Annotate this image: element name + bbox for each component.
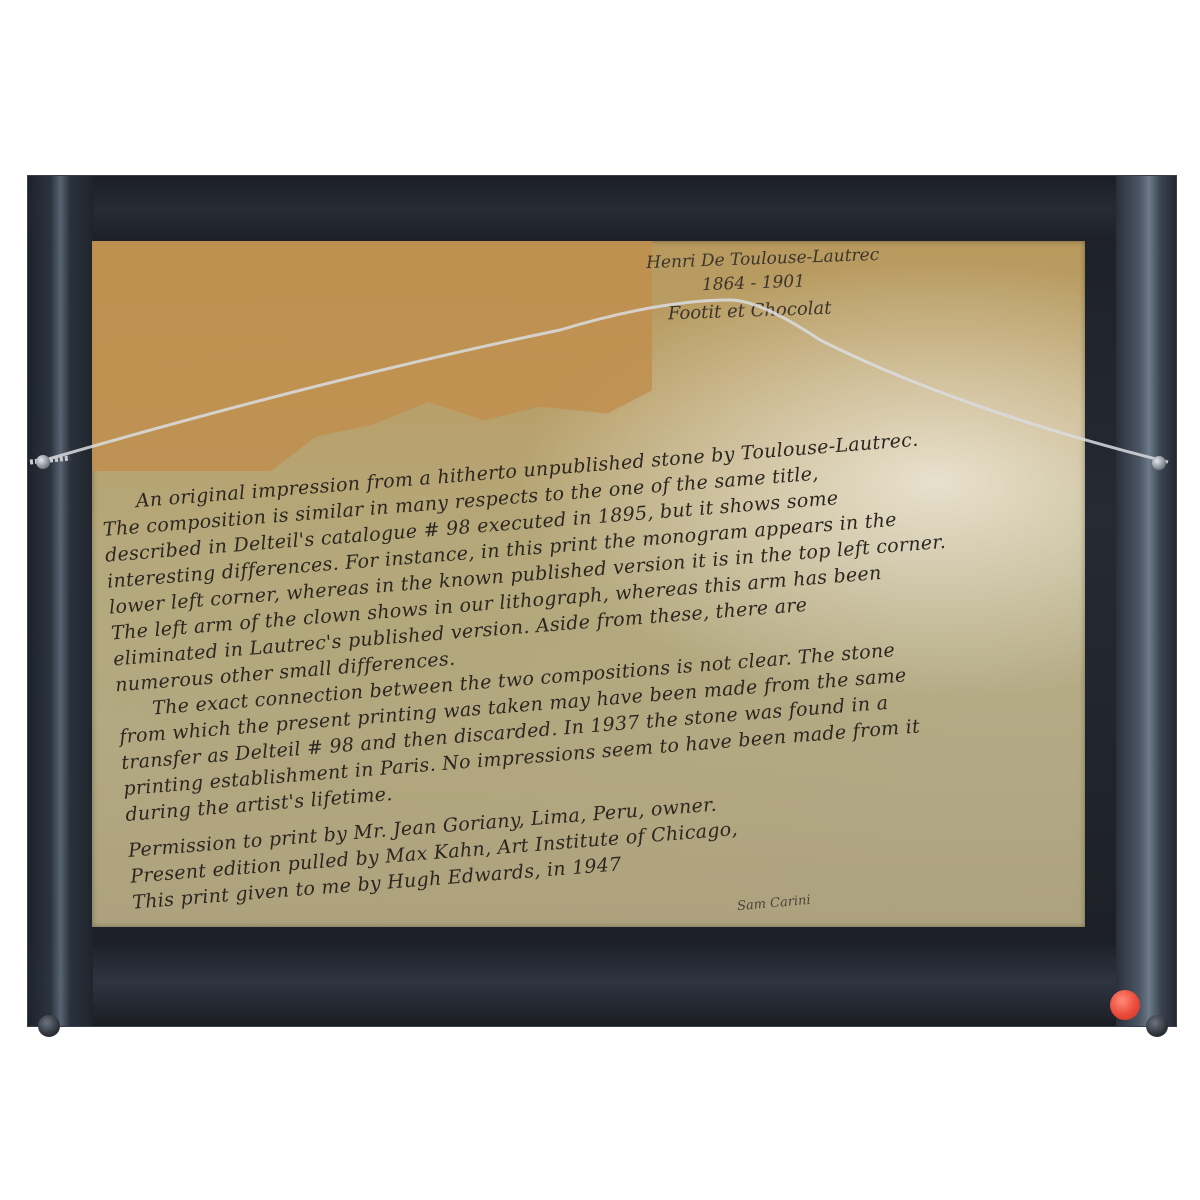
frame-tape-top [28, 176, 1176, 242]
signature: Sam Carini [736, 893, 811, 914]
left-eye-screw-icon [36, 455, 50, 469]
header-note: Henri De Toulouse-Lautrec 1864 - 1901 Fo… [646, 243, 882, 327]
work-title: Footit et Chocolat [648, 295, 882, 327]
red-dot-sticker-icon [1110, 990, 1140, 1020]
right-eye-screw-icon [1152, 456, 1166, 470]
frame-tape-left [28, 176, 93, 1026]
bumper-pad-icon [1146, 1015, 1168, 1037]
provenance-note: An original impression from a hitherto u… [100, 414, 1085, 916]
bumper-pad-icon [38, 1015, 60, 1037]
handwritten-inscription: Henri De Toulouse-Lautrec 1864 - 1901 Fo… [92, 241, 1085, 927]
backing-paper: Henri De Toulouse-Lautrec 1864 - 1901 Fo… [92, 241, 1085, 927]
frame-tape-right [1116, 176, 1176, 1026]
frame-tape-bottom [28, 946, 1176, 1026]
